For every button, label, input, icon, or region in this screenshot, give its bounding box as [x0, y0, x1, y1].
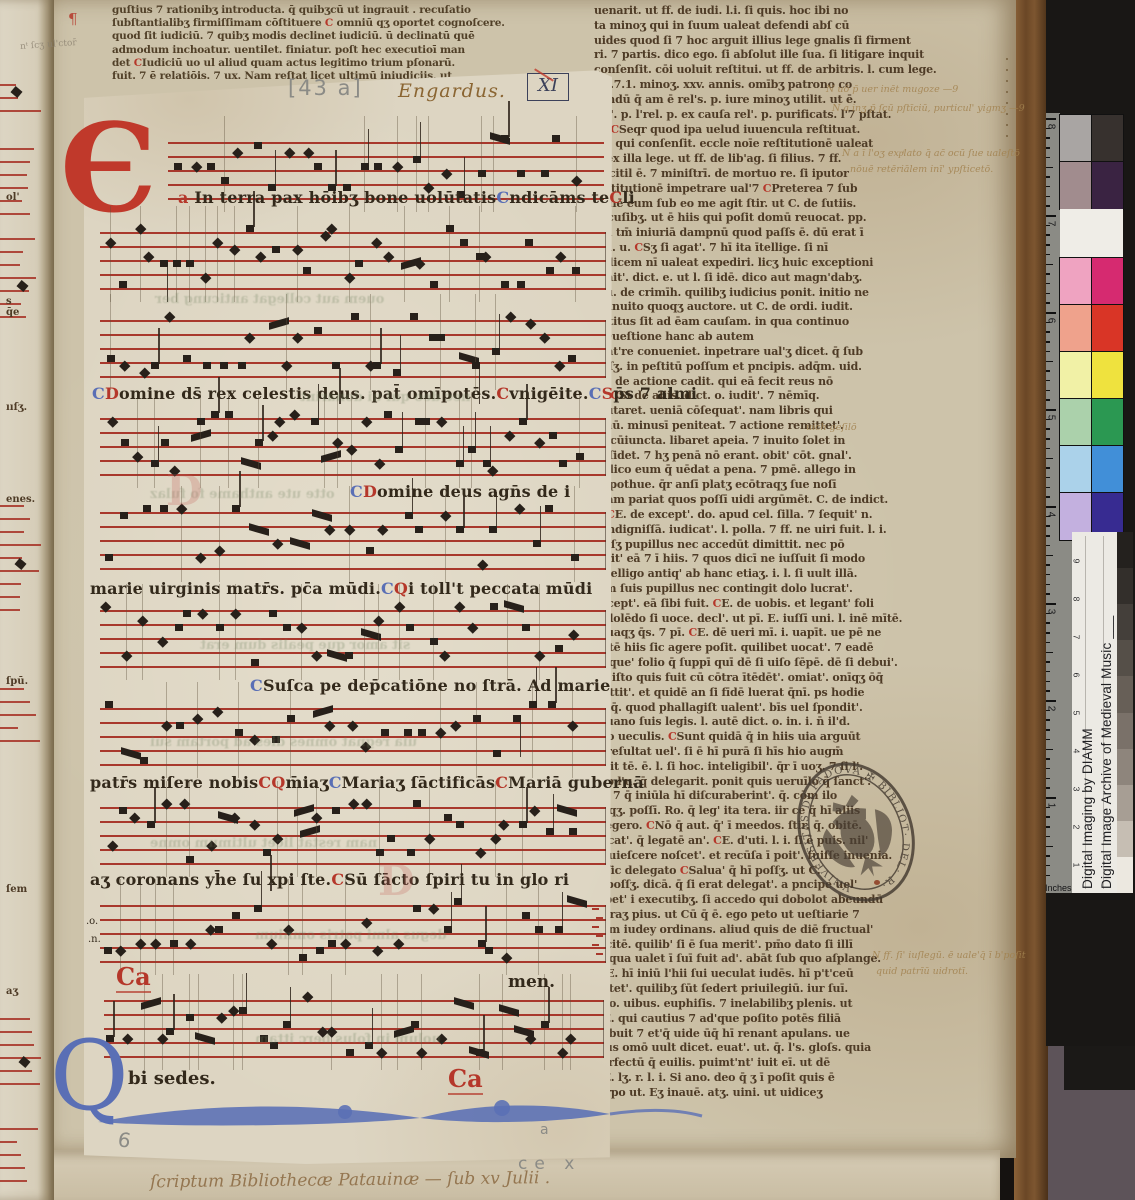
ruler-tick: [1046, 690, 1050, 692]
diamm-line-1: Digital Imaging by DIAMM: [1078, 539, 1097, 889]
gloss-text-line: ut CSi de aliis. dict. o. iudit'. 7 nēmī…: [594, 389, 819, 402]
stave-stub: [0, 187, 28, 189]
gloss-text-line: ſēnit'. dict. e. ut l. ſi idē. dico aut …: [594, 271, 862, 284]
diamm-line-2: Digital Image Archive of Medieval Music …: [1097, 539, 1116, 889]
facing-folio-text-fragment: enes.: [6, 494, 35, 505]
host-top-text-line: det CIudiciū uo ul aliud quam actus legi…: [112, 57, 455, 69]
ruler-tick: [1046, 215, 1056, 217]
stave-stub: [0, 740, 40, 742]
ruler-tick: [1046, 167, 1053, 169]
gloss-text-line: hʒ. de actione cadit. qui eā fecit reus …: [594, 374, 833, 387]
grayscale-step: [1117, 713, 1133, 750]
ruler-tick: [1046, 661, 1050, 663]
ruler-tick: [1046, 448, 1050, 450]
ruler-tick: [1046, 302, 1050, 304]
stave-stub: [0, 238, 35, 240]
ruler-tick: [1046, 176, 1050, 178]
ruler-tick: [1046, 147, 1050, 149]
stave-stub: [0, 701, 30, 703]
ruler-tick: [1046, 506, 1056, 508]
ruler-tick: [1046, 545, 1050, 547]
stave-stub: [0, 1128, 38, 1130]
calibration-patch-white: [1060, 209, 1123, 258]
host-top-text-line: guſtius 7 rationibʒ introducta. q̄ quibʒ…: [112, 4, 471, 16]
margin-note: quid patrīū uidrotī.: [876, 966, 968, 977]
stave-stub: [0, 1180, 27, 1182]
ruler-tick: [1046, 719, 1050, 721]
ruler-tick: [1046, 681, 1050, 683]
facing-folio-text-fragment: aʒ: [6, 986, 18, 997]
calibration-patch-solid: [1092, 446, 1123, 493]
ruler-tick: [1046, 535, 1050, 537]
gloss-text-line: dicitē. quilib' ſi ē ſua merit'. pm̄o da…: [594, 938, 853, 951]
ruler-tick: [1046, 293, 1050, 295]
facing-folio-edge: [0, 0, 54, 1200]
facing-folio-text-fragment: ſem: [6, 884, 27, 895]
ruler-tick: [1046, 865, 1050, 867]
diamm-credit-text: Digital Imaging by DIAMM Digital Image A…: [1078, 539, 1116, 889]
ruler-tick: [1046, 525, 1050, 527]
ruler-tick: [1046, 390, 1050, 392]
stave-stub: [0, 251, 23, 253]
inch-number: 2: [1045, 706, 1056, 712]
prick-mark: [1006, 91, 1008, 93]
gloss-text-line: CE. lʒ. r. l. i. Si ano. deo q̄ ʒ ī poſi…: [594, 1071, 835, 1084]
gloss-text-line: perfectū q̄ euilis. puimt'nt' iuit eī. u…: [594, 1056, 830, 1069]
ruler-tick: [1046, 836, 1050, 838]
stave-stub: [0, 174, 27, 176]
gloss-text-line: notet'. quilibʒ ſūt ſedert priuilegiū. i…: [594, 982, 848, 995]
grayscale-step: [1117, 568, 1133, 605]
inch-number: 6: [1045, 318, 1056, 324]
stave-stub: [0, 688, 24, 690]
gloss-text-line: ē. l. u. CSʒ ſi agat'. 7 hī ita ītellige…: [594, 241, 828, 254]
stave-stub: [0, 596, 20, 598]
gloss-text-line: autē hiis ſic agere poſit. quilibet uoca…: [594, 641, 873, 654]
ruler-tick: [1046, 458, 1053, 460]
grayscale-step: [1117, 749, 1133, 786]
margin-note: N ff. ſi' iuſlegū. ē uale'q̄ ī b'poſit: [872, 950, 1026, 961]
color-chart-backing-card-lower: [1064, 1046, 1135, 1090]
ruler-tick: [1046, 399, 1050, 401]
prick-mark: [1006, 102, 1008, 104]
calibration-patch-tint: [1060, 305, 1091, 352]
facing-folio-text-fragment: ol': [6, 192, 20, 203]
gloss-text-line: uocitil ē. 7 miniſtrī. de mortuo re. ſi …: [594, 167, 849, 180]
grayscale-step: [1117, 785, 1133, 822]
stave-stub: [0, 531, 24, 533]
ruler-tick: [1046, 312, 1056, 314]
ruler-tick: [1046, 787, 1050, 789]
gloss-text-line: l. u. de crimīh. quilibʒ iudicius ponit.…: [594, 285, 869, 298]
gloss-text-line: ſerpo ut. Eʒ inauē. atʒ. uini. ut uidice…: [594, 1086, 822, 1099]
ruler-tick: [1046, 361, 1053, 363]
host-top-text-line: quod ſit iudiciū. 7 quibʒ modis declinet…: [112, 30, 475, 42]
calibration-patch-tint: [1060, 352, 1091, 399]
stave-stub: [0, 148, 34, 150]
gloss-text-line: iam ſuis pupillus nec contingit dolo luc…: [594, 582, 853, 595]
ruler-tick: [1046, 157, 1050, 159]
prick-mark: [1006, 58, 1008, 60]
gloss-text-line: inuano ſuis legis. l. autē dict. o. in. …: [594, 715, 850, 728]
gloss-text-line: ē. inuito quoqʒ auctore. ut C. de ordi. …: [594, 300, 853, 313]
ruler-tick: [1046, 283, 1050, 285]
gloss-text-line: poſidet. 7 hʒ penā nō erant. obit' cōt. …: [594, 448, 852, 461]
gloss-text-line: pſuaqʒ q̄s. 7 pī. CE. dē ueri mī. i. uap…: [594, 626, 881, 639]
gloss-text-line: reſtitutionē impetrare ual'7 CPreterea 7…: [594, 182, 857, 195]
ruler-tick: [1046, 196, 1050, 198]
stave-stub: [0, 1154, 21, 1156]
gloss-text-line: r indigniſſā. iudicat'. l. polla. 7 ff. …: [594, 523, 887, 536]
gloss-text-line: uenarit. ut ff. de iudi. l.i. ſi quis. h…: [594, 4, 848, 17]
gloss-text-line: poſʒ. in peſtitū poſſum et pncipis. adq̄…: [594, 360, 862, 373]
gloss-text-line: dē iſto quis fuit cū cōtra ītēdēt'. omia…: [594, 671, 883, 684]
host-top-text-line: ſubſtantialibʒ firmiſſimam cōſtituere C …: [112, 17, 505, 29]
gloss-text-line: petitus ſit ad ēam cauſam. in qua contin…: [594, 315, 849, 328]
ruler-tick: [1046, 487, 1050, 489]
margin-note: nōuē retēriālem inī' ypſticetō.: [850, 164, 993, 175]
stave-stub: [0, 518, 30, 520]
margin-note: uich geſilō: [806, 422, 857, 433]
ruler-tick: [1046, 409, 1056, 411]
margin-note: N a inʒ p̄ ſcū pſtīciū, purticul' yigmʒ …: [832, 103, 1025, 114]
ruler-tick: [1046, 234, 1050, 236]
gloss-text-line: ſi reſultat uel'. ſi ē hī purā ſi hīs hi…: [594, 745, 843, 758]
ruler-tick: [1046, 603, 1056, 605]
gloss-text-line: indolēdo ſi uoce. decl'. ut pī. E. iuſſī…: [594, 611, 902, 624]
ruler-tick: [1046, 467, 1050, 469]
ruler-tick: [1046, 370, 1050, 372]
stave-stub: [0, 727, 18, 729]
ruler-tick: [1046, 642, 1050, 644]
ruler-tick: [1046, 593, 1050, 595]
ruler-tick: [1046, 855, 1050, 857]
ruler-tick: [1046, 380, 1050, 382]
gloss-text-line: ēius omō uult dicet. euat'. ut. q̄. l's.…: [594, 1041, 871, 1054]
ruler-tick: [1046, 574, 1050, 576]
margin-note: N a ī l'oʒ expͬlato q̄ ac̄ ocū ſue ualeſ…: [842, 148, 1020, 159]
calibration-patch-solid: [1092, 162, 1123, 209]
inches-label: Inches: [1045, 883, 1072, 893]
ruler-tick: [1046, 826, 1050, 828]
ruler-tick: [1046, 671, 1050, 673]
ruler-tick: [1046, 816, 1050, 818]
prick-mark: [1006, 80, 1008, 82]
ruler-tick: [1046, 341, 1050, 343]
gloss-text-line: ius qui conſenſit. eccle noīe reſtitutio…: [594, 137, 873, 150]
host-margin-pilcrow: ¶: [68, 10, 78, 28]
gloss-text-line: CQueſtione hanc ab autem: [594, 330, 754, 343]
ruler-tick: [1046, 438, 1050, 440]
ruler-tick: [1046, 846, 1053, 848]
ruler-tick: [1046, 331, 1050, 333]
ruler-tick: [1046, 137, 1050, 139]
ruler-tick: [1046, 768, 1050, 770]
music-leaf: [84, 66, 612, 1164]
gloss-text-line: intelligo antiq' ab hanc etiaʒ. i. l. ſi…: [594, 567, 857, 580]
gloss-text-line: impothue. q̄r anſī platʒ ecōtraqʒ ſue no…: [594, 478, 836, 491]
stave-stub: [0, 213, 30, 215]
book-fore-edge: [1014, 0, 1048, 1200]
gloss-text-line: ri. 7 partis. dico ego. ſi abſolut ille …: [594, 48, 924, 61]
ruler-tick: [1046, 797, 1056, 799]
gloss-text-line: mutaret. ueniā cōſequat'. nam libris qui: [594, 404, 833, 417]
facing-folio-text-fragment: ııſʒ.: [6, 402, 27, 413]
ruler-tick: [1046, 555, 1053, 557]
stave-stub: [0, 1070, 32, 1072]
ruler-tick: [1046, 428, 1050, 430]
manuscript-photo-scene: guſtius 7 rationibʒ introducta. q̄ quibʒ…: [0, 0, 1135, 1200]
gloss-text-line: cui tm̄ iniuriā dampnū quod paſſs ē. dū …: [594, 226, 864, 239]
gloss-text-line: ſuam pariat quos poſſī uidi argūmēt. C. …: [594, 493, 888, 506]
ruler-tick: [1046, 778, 1050, 780]
grayscale-step: [1117, 676, 1133, 713]
gloss-text-line: C.E. hī iniū l'hii ſui ueculat iudēs. hī…: [594, 967, 854, 980]
stave-stub: [0, 583, 21, 585]
gloss-text-line: ſi ex illa lege. ut ff. de lib'ag. ſi fi…: [594, 152, 841, 165]
gloss-text-line: ta minoʒ qui in ſuum ualeat defendi abſ …: [594, 19, 849, 32]
ruler-tick: [1046, 118, 1056, 120]
gloss-text-line: excuſibʒ. ut ē hiis qui poſit domū reuoc…: [594, 211, 866, 224]
ruler-tick: [1046, 622, 1050, 624]
inch-number: 1: [1045, 803, 1056, 809]
gloss-text-line: ferit' eā 7 ī hiis. 7 quos dicī ne iuſſu…: [594, 552, 865, 565]
stave-stub: [0, 570, 39, 572]
ruler-tick: [1046, 632, 1050, 634]
stave-stub: [0, 609, 20, 611]
gloss-text-line: pro ueculis. CSunt quidā q̄ in hiis uia …: [594, 730, 860, 743]
prick-mark: [1006, 124, 1008, 126]
gloss-text-line: iudicem nī ualeat expediri. licʒ huic ex…: [594, 256, 873, 269]
stave-stub: [0, 264, 20, 266]
gloss-text-line: utiq̄. quod phallagiſt ualent'. bīs uel …: [594, 700, 863, 713]
inch-number: 8: [1045, 124, 1056, 130]
stave-stub: [0, 1167, 25, 1169]
calibration-patch-tint: [1060, 162, 1091, 209]
facing-folio-text-fragment: s q̄e: [6, 296, 19, 318]
grayscale-step: [1117, 604, 1133, 641]
prick-mark: [1006, 113, 1008, 115]
gloss-text-line: uoque' folio q̄ ſuppī quī dē ſi uiſo ſēp…: [594, 656, 898, 669]
ruler-tick: [1046, 351, 1050, 353]
ruler-tick: [1046, 564, 1050, 566]
ruler-tick: [1046, 205, 1050, 207]
stave-stub: [0, 505, 24, 507]
calibration-patch-solid: [1092, 305, 1123, 352]
stave-stub: [0, 1044, 34, 1046]
ruler-tick: [1046, 729, 1050, 731]
calibration-patch-tint: [1060, 115, 1091, 162]
grayscale-step: [1117, 640, 1133, 677]
gloss-text-line: conſenſit. cōi uoluit reſtitui. ut ff. d…: [594, 63, 937, 76]
stave-stub: [0, 290, 29, 292]
gloss-text-line: ſi CE. de except'. do. apud cel. ſilla. …: [594, 508, 872, 521]
facing-folio-text-fragment: ſpū.: [6, 676, 28, 687]
stave-stub: [0, 84, 16, 86]
gloss-text-line: ut CSeqr quod ipa uelud iuuencula reſtit…: [594, 122, 860, 135]
calibration-patch-solid: [1092, 258, 1123, 305]
gloss-text-line: ſi ſic delegato CSalua' q̄ hī poſſʒ. ut …: [594, 863, 820, 876]
ruler-tick: [1046, 875, 1050, 877]
stave-stub: [0, 277, 36, 279]
ruler-tick: [1046, 739, 1050, 741]
stave-stub: [0, 1141, 17, 1143]
gloss-text-line: except'. eā ſibi fuit. CE. de uobis. et …: [594, 597, 874, 610]
stave-stub: [0, 544, 41, 546]
calibration-patch-tint: [1060, 258, 1091, 305]
inch-number: 4: [1045, 512, 1056, 518]
gloss-text-line: ſent're conueniet. inpetrare ual'ʒ dicet…: [594, 345, 863, 358]
inch-number: 3: [1045, 609, 1056, 615]
gloss-text-line: n. o. uibus. euphiſis. 7 inelabilibʒ ple…: [594, 997, 852, 1010]
ruler-tick: [1046, 584, 1050, 586]
inch-number: 7: [1045, 221, 1056, 227]
prick-mark: [1006, 135, 1008, 137]
ruler-tick: [1046, 700, 1056, 702]
calibration-patch-tint: [1060, 399, 1091, 446]
gloss-text-line: ponē eum ſub eo me agit ſtir. ut C. de ſ…: [594, 197, 856, 210]
gloss-text-line: uides quod ſi 7 hoc arguit illius lege g…: [594, 33, 911, 46]
stave-stub: [0, 97, 18, 99]
grayscale-step: [1117, 857, 1133, 894]
stave-stub: [0, 1031, 32, 1033]
calibration-patch-tint: [1060, 446, 1091, 493]
ruler-tick: [1046, 186, 1050, 188]
ruler-tick: [1046, 496, 1050, 498]
ruler-tick: [1046, 254, 1050, 256]
host-top-text-line: admodum inchoatur. uentilet. finiatur. p…: [112, 44, 465, 56]
grayscale-step: [1117, 532, 1133, 569]
inch-number: 5: [1045, 415, 1056, 421]
ruler-strip-lower-wide: [1046, 532, 1072, 893]
ruler-tick: [1046, 749, 1053, 751]
prick-mark: [1006, 69, 1008, 71]
ruler-tick: [1046, 264, 1053, 266]
ruler-tick: [1046, 273, 1050, 275]
ruler-tick: [1046, 477, 1050, 479]
wax-dot: [874, 880, 880, 885]
gloss-text-line: mittit'. et quidē an ſi fīdē luerat q̄nī…: [594, 686, 864, 699]
gloss-text-line: oʒ ſʒ pupillus nec accedūt dimittit. nec…: [594, 537, 845, 550]
gloss-text-line: cendū q̄ am ē rel's. p. iure minoʒ utili…: [594, 93, 856, 106]
stave-stub: [0, 714, 36, 716]
grayscale-step: [1117, 821, 1133, 858]
gloss-text-line: habuit 7 et'q̄ uide ūq̄ hī renant apulan…: [594, 1026, 850, 1039]
stave-stub: [0, 1083, 40, 1085]
calibration-patch-solid: [1092, 399, 1123, 446]
gloss-text-line: alīqua ualet ī ſuī fuit ad'. abāt ſub qu…: [594, 952, 881, 965]
gloss-text-line: circūiuncta. libaret apeia. 7 inuito ſol…: [594, 434, 845, 447]
margin-note: N uō p̄ uer inēt mugoze —9: [826, 84, 958, 95]
calibration-patch-solid: [1092, 115, 1123, 162]
ruler-tick: [1046, 652, 1053, 654]
gloss-text-line: C.l.7.1. minoʒ. xxv. annis. omībʒ patron…: [594, 78, 852, 91]
ruler-tick: [1046, 758, 1050, 760]
gloss-text-line: CE. qui cautius 7 ad'que poſito potēs fi…: [594, 1012, 841, 1025]
ruler-tick: [1046, 244, 1050, 246]
gloss-text-line: ſi dico eum q̄ uēdat a pena. 7 pmē. alle…: [594, 463, 856, 476]
stave-stub: [0, 1018, 30, 1020]
stave-stub: [0, 110, 41, 112]
stave-stub: [0, 161, 30, 163]
calibration-patch-solid: [1092, 352, 1123, 399]
